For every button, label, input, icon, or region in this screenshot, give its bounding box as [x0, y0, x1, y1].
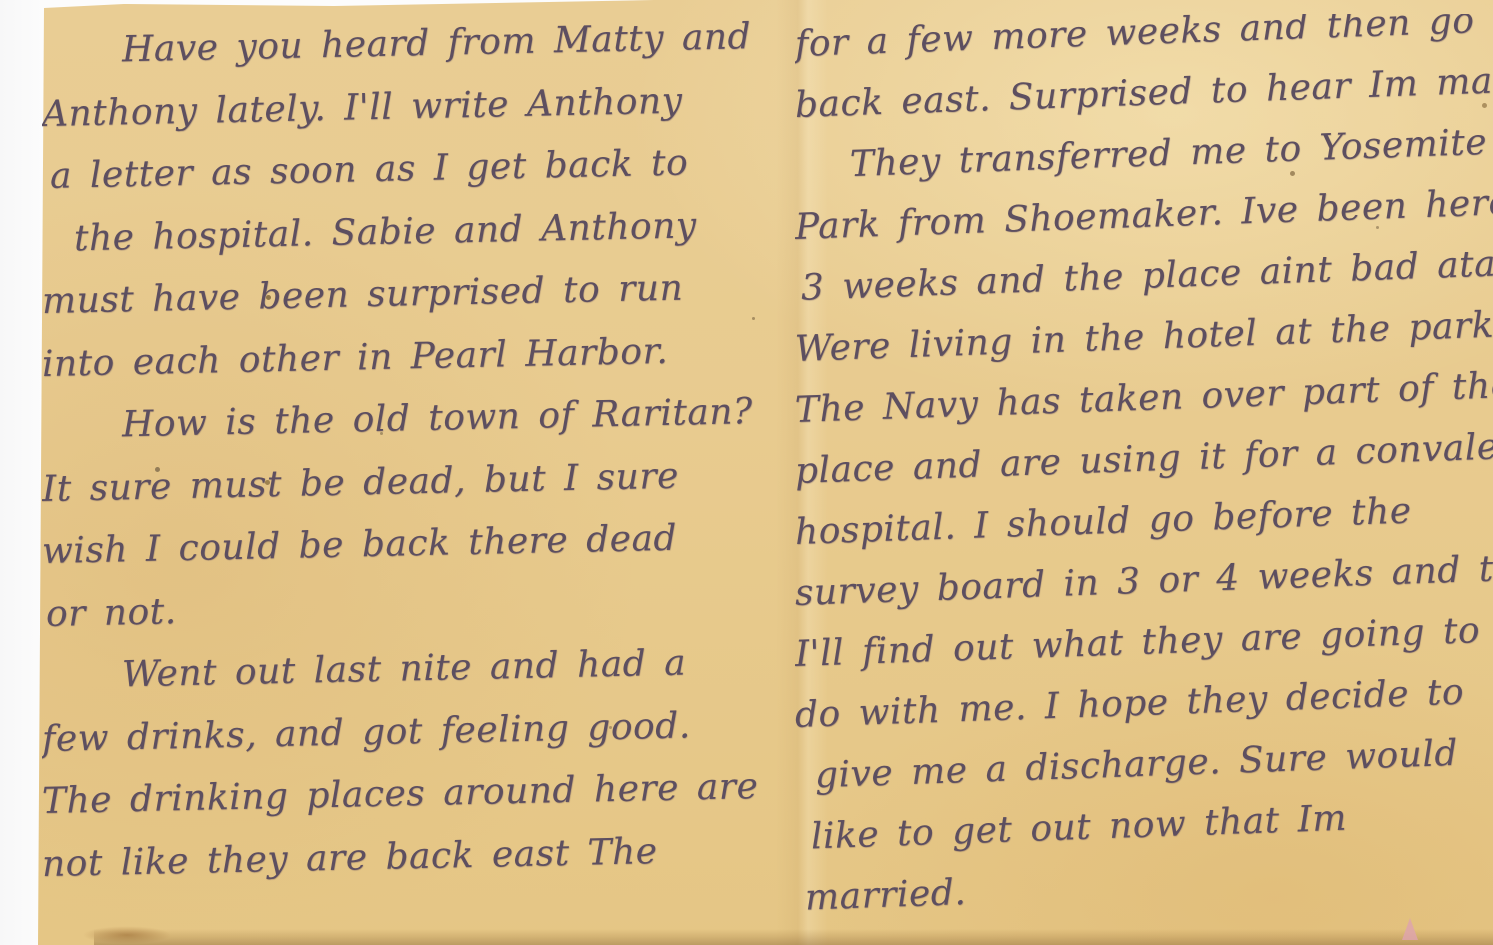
- letter-page-right: for a few more weeks and then go back ea…: [795, 14, 1493, 938]
- letter-page-left: Have you heard from Matty and Anthony la…: [42, 20, 784, 932]
- scanned-letter: Have you heard from Matty and Anthony la…: [0, 0, 1493, 945]
- ink-specks: [34, 0, 37, 3]
